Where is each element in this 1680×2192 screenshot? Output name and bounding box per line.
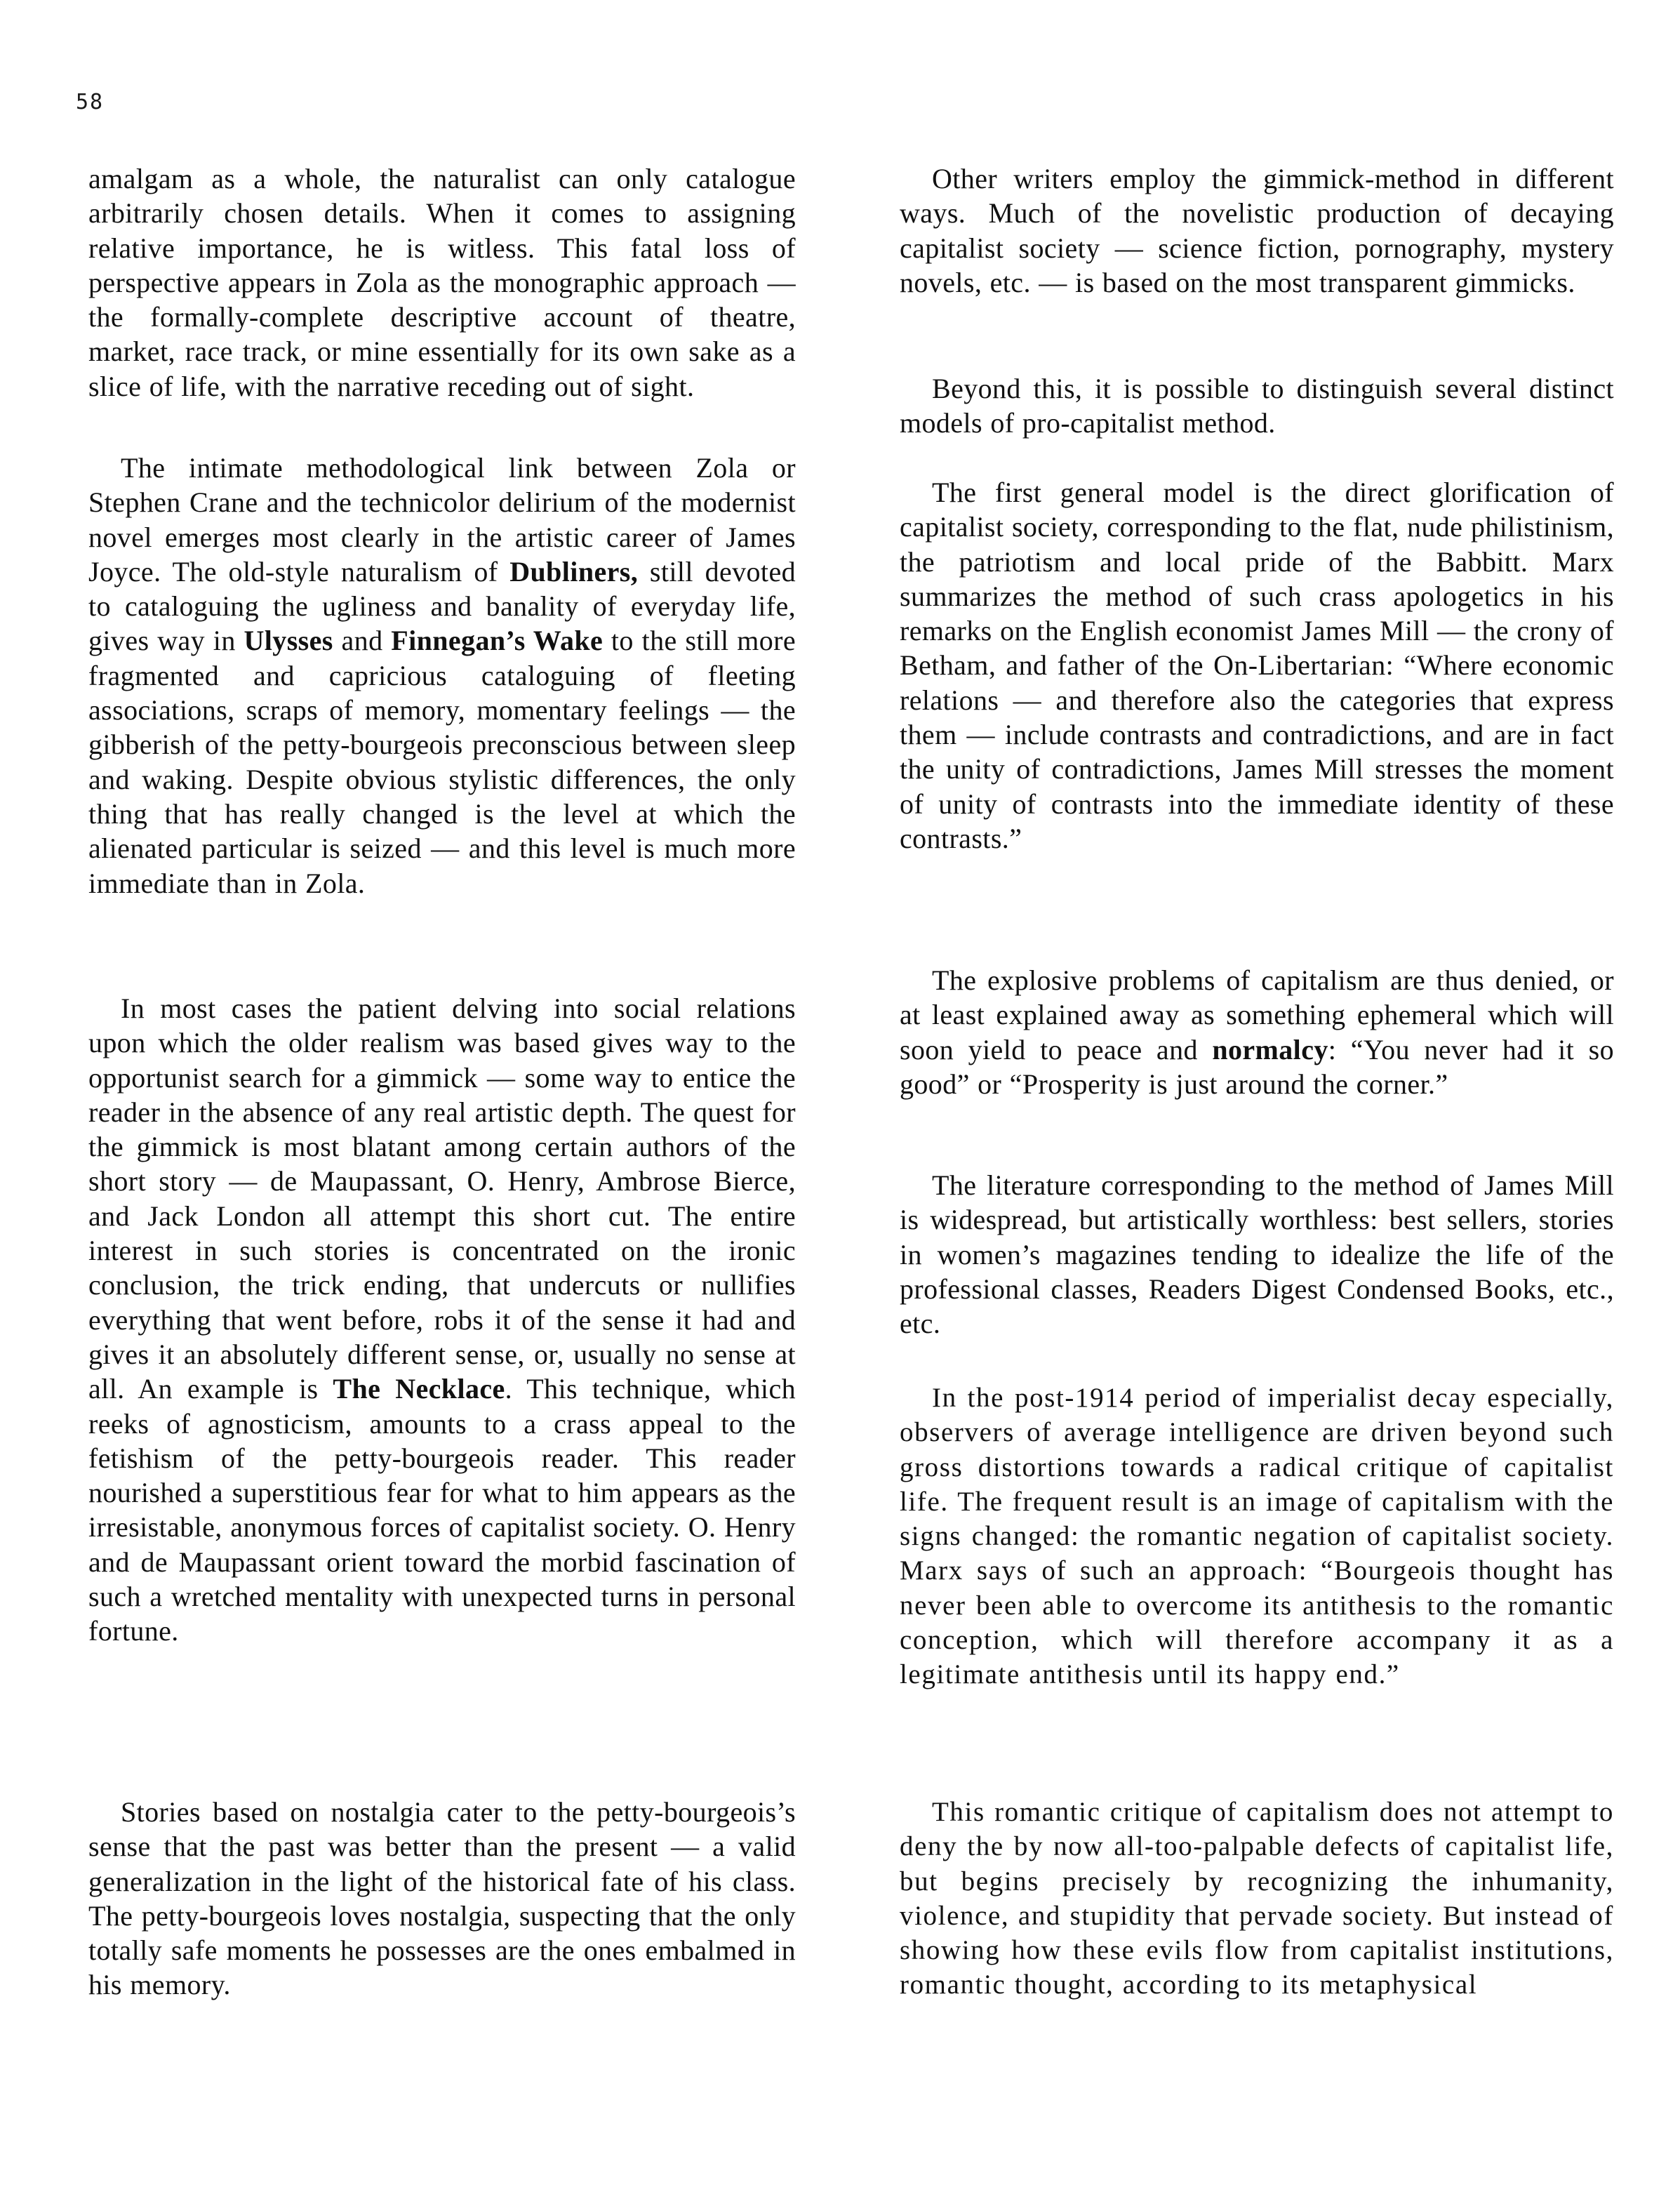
paragraph: This romantic critique of capitalism doe…: [900, 1795, 1614, 2002]
paragraph: In the post-1914 period of imperialist d…: [900, 1381, 1614, 1692]
emphasized-title: Ulysses: [244, 625, 333, 656]
paragraph: The first general model is the direct gl…: [900, 475, 1614, 856]
emphasized-title: Finnegan’s Wake: [391, 625, 603, 656]
paragraph: The literature corresponding to the meth…: [900, 1168, 1614, 1341]
document-page: 58 amalgam as a whole, the naturalist ca…: [0, 0, 1680, 2192]
emphasized-title: The Necklace: [333, 1373, 505, 1404]
page-number: 58: [76, 90, 104, 114]
paragraph: Stories based on nostalgia cater to the …: [88, 1795, 796, 2002]
paragraph: The intimate methodological link between…: [88, 451, 796, 901]
emphasized-title: Dubliners,: [509, 556, 638, 587]
emphasized-title: normalcy: [1212, 1034, 1328, 1065]
paragraph: Other writers employ the gimmick-method …: [900, 161, 1614, 300]
paragraph: The explosive problems of capitalism are…: [900, 963, 1614, 1101]
paragraph: amalgam as a whole, the naturalist can o…: [88, 161, 796, 404]
paragraph: In most cases the patient delving into s…: [88, 991, 796, 1649]
paragraph: Beyond this, it is possible to distingui…: [900, 371, 1614, 441]
